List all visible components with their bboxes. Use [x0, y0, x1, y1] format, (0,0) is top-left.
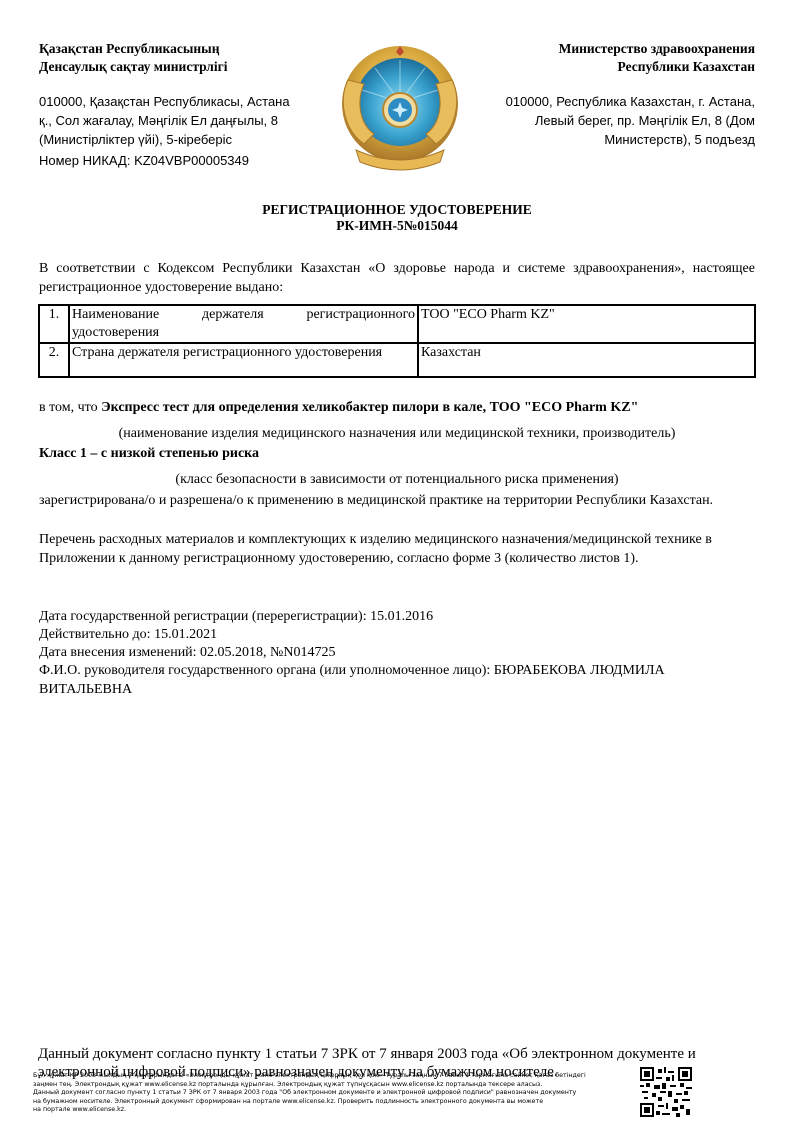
- row-value: Казахстан: [418, 343, 755, 377]
- address-line: Левый берег, пр. Мәңгілік Ел, 8 (Дом: [506, 111, 755, 130]
- address-line: 010000, Республика Казахстан, г. Астана,: [506, 92, 755, 111]
- address-line: қ., Сол жағалау, Мәңгілік Ел даңғылы, 8: [39, 111, 290, 130]
- header-left-title-line1: Қазақстан Республикасының: [39, 40, 228, 58]
- address-line: Министерств), 5 подъезд: [506, 130, 755, 149]
- document-title: РЕГИСТРАЦИОННОЕ УДОСТОВЕРЕНИЕ: [0, 202, 794, 218]
- document-number: РК-ИМН-5№015044: [0, 218, 794, 234]
- head-name: Ф.И.О. руководителя государственного орг…: [39, 661, 665, 699]
- row-label: Страна держателя регистрационного удосто…: [69, 343, 418, 377]
- small-print-line: на бумажном носителе. Электронный докуме…: [33, 1098, 633, 1107]
- consumables-paragraph: Перечень расходных материалов и комплект…: [39, 530, 759, 568]
- product-caption: (наименование изделия медицинского назна…: [0, 424, 794, 443]
- small-print-line: на портале www.elicense.kz.: [33, 1106, 633, 1115]
- header-right-title-line2: Республики Казахстан: [559, 58, 755, 76]
- footer-small-print: Бұл құжат ҚР 2003 жылдың 7 қаңтарындағы …: [33, 1072, 633, 1115]
- product-line: в том, что Экспресс тест для определения…: [39, 398, 759, 417]
- row-number: 1.: [39, 305, 69, 343]
- row-number: 2.: [39, 343, 69, 377]
- header-right-title-line1: Министерство здравоохранения: [559, 40, 755, 58]
- header-right-title: Министерство здравоохранения Республики …: [559, 40, 755, 76]
- registered-paragraph: зарегистрирована/о и разрешена/о к приме…: [39, 491, 719, 510]
- intro-paragraph: В соответствии с Кодексом Республики Каз…: [39, 259, 755, 297]
- header-left-address: 010000, Қазақстан Республикасы, Астана қ…: [39, 92, 290, 149]
- nikad-number: Номер НИКАД: KZ04VBP00005349: [39, 151, 249, 170]
- table-row: 2. Страна держателя регистрационного удо…: [39, 343, 755, 377]
- state-emblem-icon: [330, 40, 470, 178]
- address-line: 010000, Қазақстан Республикасы, Астана: [39, 92, 290, 111]
- small-print-line: заңмен тең. Электрондық құжат www.elicen…: [33, 1081, 633, 1090]
- header-right-address: 010000, Республика Казахстан, г. Астана,…: [506, 92, 755, 149]
- registration-date: Дата государственной регистрации (перере…: [39, 607, 433, 626]
- changes-date: Дата внесения изменений: 02.05.2018, №N0…: [39, 643, 336, 662]
- header-left-title-line2: Денсаулық сақтау министрлігі: [39, 58, 228, 76]
- row-value: ТОО "ECO Pharm KZ": [418, 305, 755, 343]
- address-line: (Министірліктер үйі), 5-кіреберіс: [39, 130, 290, 149]
- product-name: Экспресс тест для определения хеликобакт…: [101, 400, 638, 415]
- holder-table: 1. Наименование держателя регистрационно…: [38, 304, 756, 378]
- small-print-line: Бұл құжат ҚР 2003 жылдың 7 қаңтарындағы …: [33, 1072, 633, 1081]
- valid-until: Действительно до: 15.01.2021: [39, 625, 217, 644]
- table-row: 1. Наименование держателя регистрационно…: [39, 305, 755, 343]
- head-name-line1: Ф.И.О. руководителя государственного орг…: [39, 661, 665, 680]
- risk-caption: (класс безопасности в зависимости от пот…: [0, 470, 794, 489]
- row-label: Наименование держателя регистрационного …: [69, 305, 418, 343]
- head-name-line2: ВИТАЛЬЕВНА: [39, 680, 665, 699]
- risk-class: Класс 1 – с низкой степенью риска: [39, 444, 259, 463]
- header-left-title: Қазақстан Республикасының Денсаулық сақт…: [39, 40, 228, 76]
- small-print-line: Данный документ согласно пункту 1 статьи…: [33, 1089, 633, 1098]
- qr-code-icon: [640, 1067, 692, 1117]
- product-prefix: в том, что: [39, 400, 101, 415]
